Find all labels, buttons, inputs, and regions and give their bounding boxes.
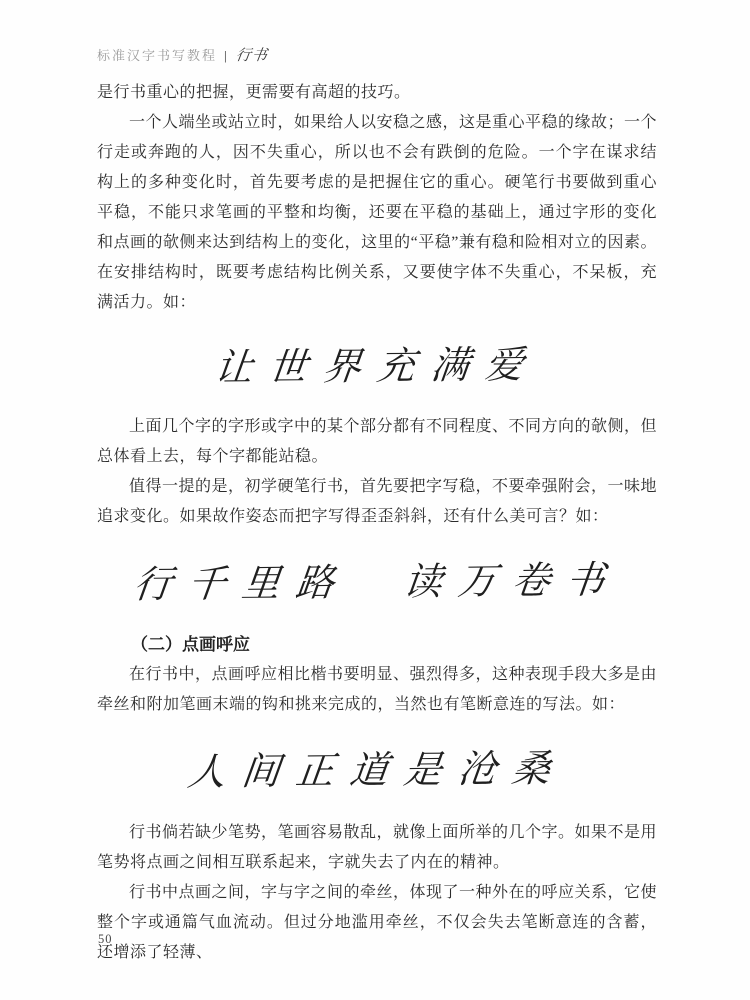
book-page: 标准汉字书写教程 | 行书 是行书重心的把握，更需要有高超的技巧。 一个人端坐或… [0,0,750,1000]
page-number: 50 [98,932,113,947]
chapter-script-mark: 行书 [234,44,269,65]
header-divider: | [224,48,229,64]
paragraph: 一个人端坐或站立时，如果给人以安稳之感，这是重心平稳的缘故；一个行走或奔跑的人，… [97,108,657,318]
paragraph: 行书中点画之间，字与字之间的牵丝，体现了一种外在的呼应关系，它使整个字或通篇气血… [97,878,657,968]
paragraph: 上面几个字的字形或字中的某个部分都有不同程度、不同方向的欹侧，但总体看上去，每个… [97,412,657,472]
page-content: 标准汉字书写教程 | 行书 是行书重心的把握，更需要有高超的技巧。 一个人端坐或… [97,44,657,968]
paragraph: 行书倘若缺少笔势，笔画容易散乱，就像上面所举的几个字。如果不是用笔势将点画之间相… [97,818,657,878]
paragraph: 值得一提的是，初学硬笔行书，首先要把字写稳，不要牵强附会，一味地追求变化。如果故… [97,472,657,532]
running-head: 标准汉字书写教程 | 行书 [97,44,657,64]
calligraphy-sample-1: 让世界充满爱 [93,329,662,405]
paragraph-continuation: 是行书重心的把握，更需要有高超的技巧。 [97,78,657,108]
calligraphy-sample-3: 人间正道是沧桑 [93,733,662,809]
paragraph: 在行书中，点画呼应相比楷书要明显、强烈得多，这种表现手段大多是由牵丝和附加笔画末… [97,660,657,720]
section-heading: （二）点画呼应 [97,630,657,660]
book-title: 标准汉字书写教程 [97,45,217,64]
calligraphy-sample-2: 行千里路 读万卷书 [93,545,662,621]
